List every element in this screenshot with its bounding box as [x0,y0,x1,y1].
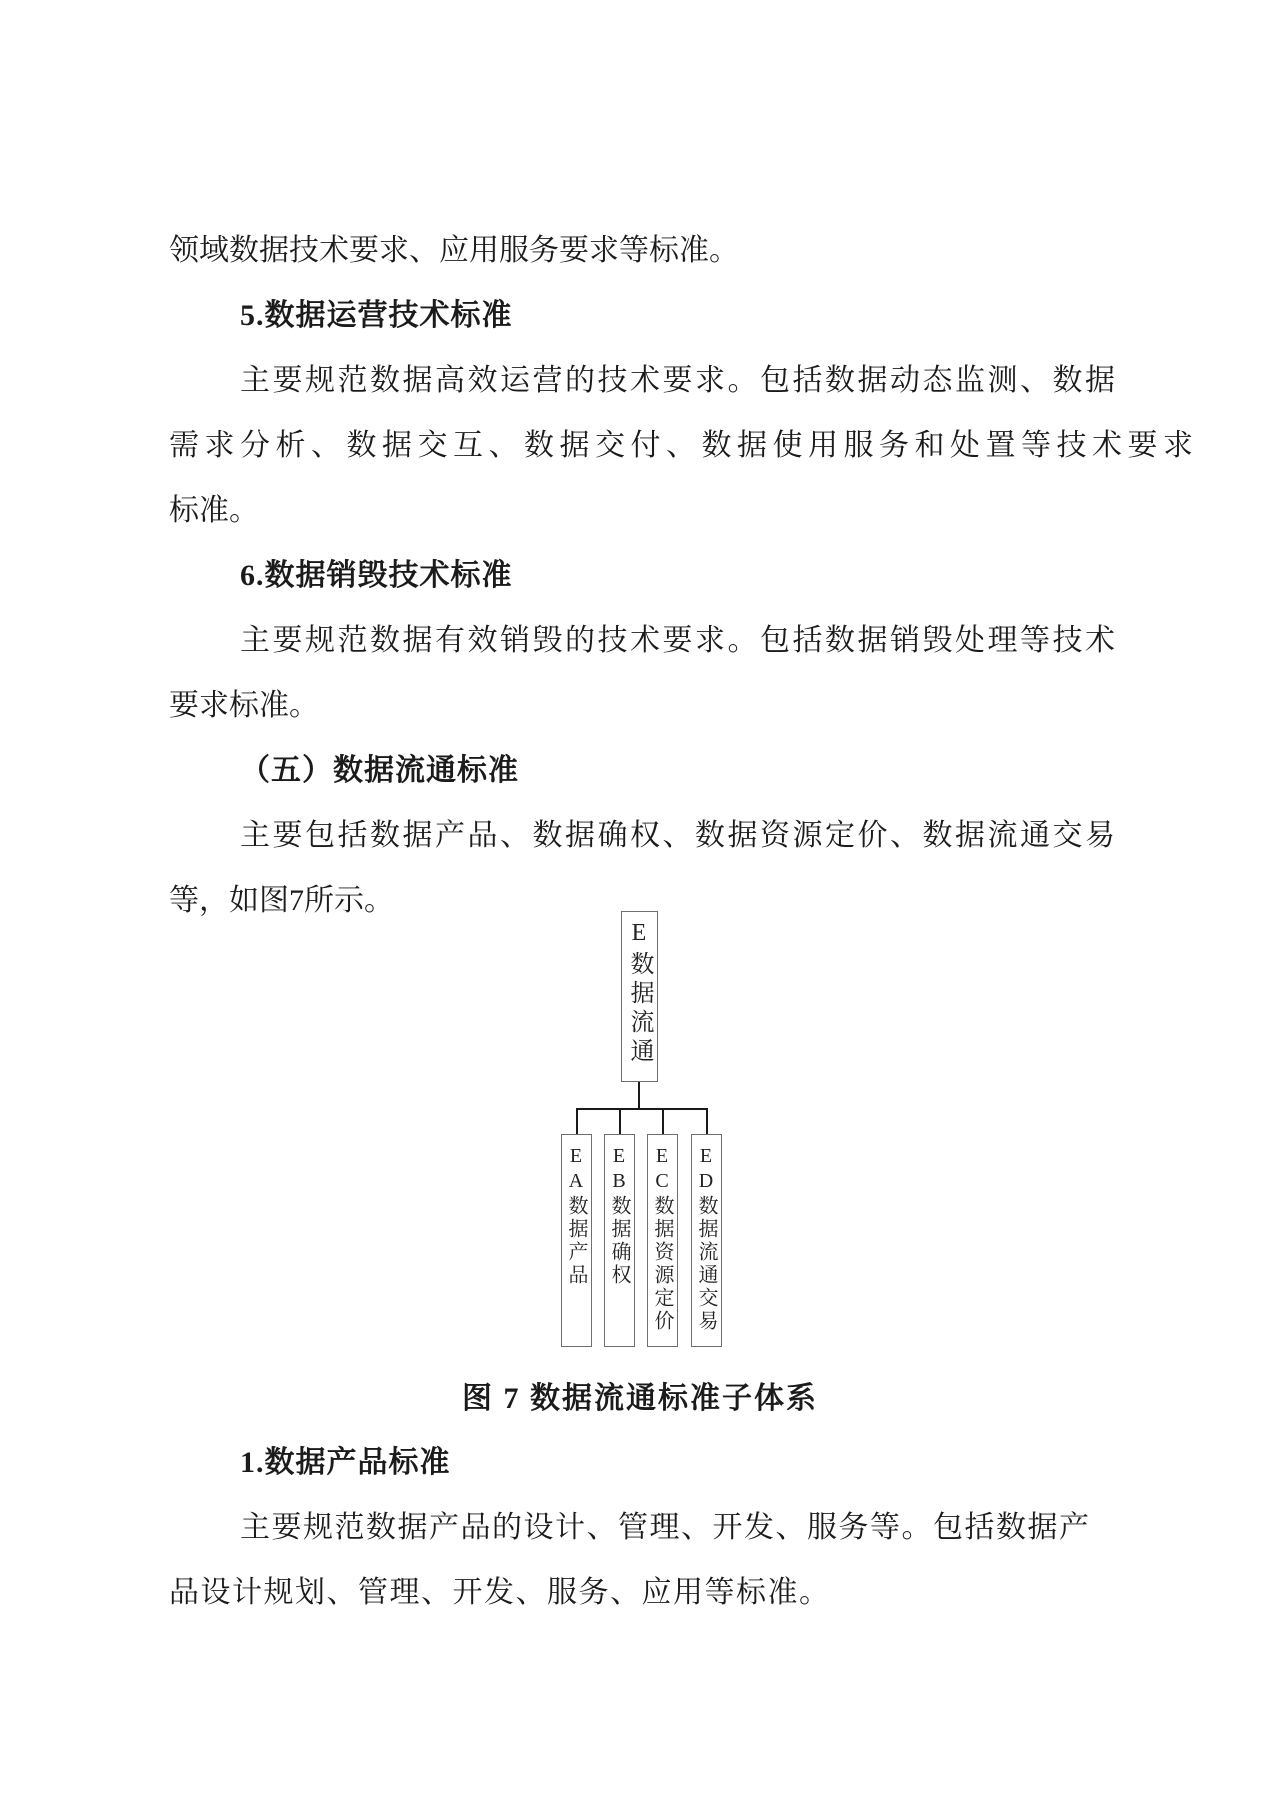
figure-7-caption: 图 7 数据流通标准子体系 [0,1366,1280,1431]
section6-line-1: 主要规范数据有效销毁的技术要求。包括数据销毁处理等技术 [169,608,1201,673]
tree-child-box-ea: EA数据产品 [561,1134,592,1347]
tree-child-label-ed: ED数据流通交易 [692,1135,721,1346]
section1-line-1: 主要规范数据产品的设计、管理、开发、服务等。包括数据产 [169,1495,1201,1560]
tree-child-box-eb: EB数据确权 [604,1134,635,1347]
connector-stem-line [638,1082,640,1109]
paragraph-continuation-line: 领域数据技术要求、应用服务要求等标准。 [169,218,1130,283]
section1-line-2: 品设计规划、管理、开发、服务、应用等标准。 [169,1560,1130,1625]
tree-child-box-ec: EC数据资源定价 [647,1134,678,1347]
connector-drop-line-3 [662,1108,664,1135]
section5-line-1: 主要规范数据高效运营的技术要求。包括数据动态监测、数据 [169,348,1201,413]
connector-drop-line-2 [619,1108,621,1135]
document-page: 领域数据技术要求、应用服务要求等标准。 5.数据运营技术标准 主要规范数据高效运… [0,0,1280,1810]
connector-drop-line-1 [576,1108,578,1135]
tree-child-label-eb: EB数据确权 [605,1135,634,1346]
tree-root-label: E数据流通 [622,912,657,1081]
section5-line-2: 需求分析、数据交互、数据交付、数据使用服务和处置等技术要求 [169,413,1130,478]
heading-section-6: 6.数据销毁技术标准 [169,543,1201,608]
tree-child-label-ec: EC数据资源定价 [648,1135,677,1346]
section5-line-3: 标准。 [169,478,1130,543]
section6-line-2: 要求标准。 [169,673,1130,738]
connector-horizontal-line [576,1108,708,1110]
tree-child-box-ed: ED数据流通交易 [691,1134,722,1347]
section-five-line-1: 主要包括数据产品、数据确权、数据资源定价、数据流通交易 [169,803,1201,868]
heading-section-five: （五）数据流通标准 [169,738,1201,803]
heading-section-1: 1.数据产品标准 [169,1430,1201,1495]
heading-section-5: 5.数据运营技术标准 [169,283,1201,348]
tree-child-label-ea: EA数据产品 [562,1135,591,1346]
connector-drop-line-4 [706,1108,708,1135]
tree-root-box: E数据流通 [621,911,658,1082]
